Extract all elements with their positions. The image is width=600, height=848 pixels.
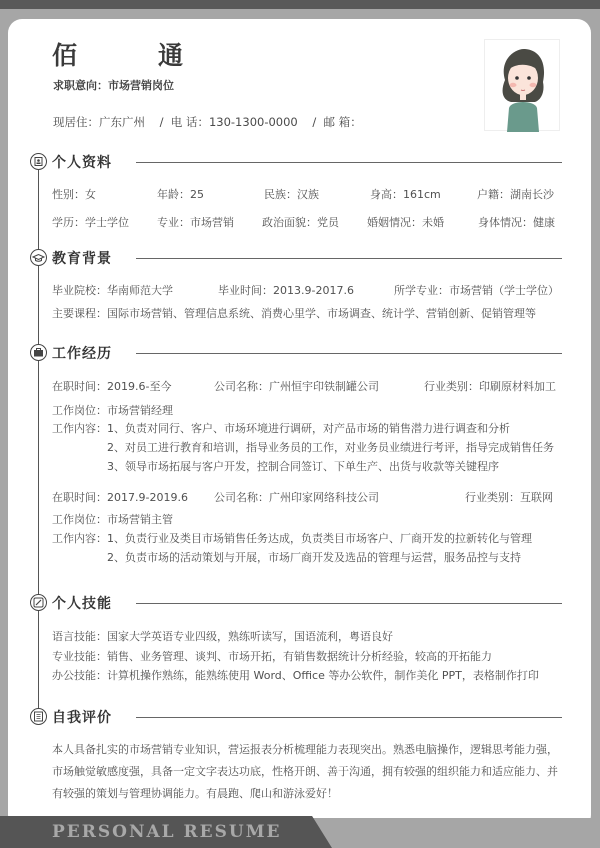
job1-time: 在职时间：2019.6-至今 [52,378,171,394]
job2-duty-1: 1、负责行业及类目市场销售任务达成，负责类目市场客户、厂商开发的拉新转化与管理 [107,530,532,546]
pencil-icon [30,594,47,611]
top-bar [0,0,600,9]
job2-time: 在职时间：2017.9-2019.6 [52,489,188,505]
section-profile-header: 个人资料 [30,152,562,172]
profile-hometown: 户籍：湖南长沙 [477,186,554,202]
divider [136,258,562,259]
contact-line: 现居住：广东广州 / 电 话：130-1300-0000 / 邮 箱： [53,114,362,130]
profile-ethnicity: 民族：汉族 [264,186,319,202]
section-title: 自我评价 [52,707,112,727]
profile-gender: 性别：女 [52,186,96,202]
edu-school: 毕业院校：华南师范大学 [52,282,173,298]
profile-health: 身体情况：健康 [478,214,555,230]
section-education-header: 教育背景 [30,248,562,268]
profile-marital: 婚姻情况：未婚 [367,214,444,230]
avatar [484,39,560,131]
section-title: 工作经历 [52,343,112,363]
job2-position: 工作岗位：市场营销主管 [52,511,173,527]
job2-company: 公司名称：广州印家网络科技公司 [214,489,379,505]
edu-major: 所学专业：市场营销（学士学位） [394,282,559,298]
job1-duty-3: 3、领导市场拓展与客户开发，控制合同签订、下单生产、出货与收款等关键程序 [107,458,499,474]
profile-degree: 学历：学士学位 [52,214,129,230]
profile-age: 年龄：25 [157,186,204,202]
section-self-eval-header: 自我评价 [30,707,562,727]
skill-professional: 专业技能：销售、业务管理、谈判、市场开拓，有销售数据统计分析经验，较高的开拓能力 [52,648,492,664]
edu-time: 毕业时间：2013.9-2017.6 [218,282,354,298]
job1-company: 公司名称：广州恒宇印铁制罐公司 [214,378,379,394]
self-eval-text: 本人具备扎实的市场营销专业知识，营运报表分析梳理能力表现突出。熟悉电脑操作，逻辑… [52,739,562,805]
candidate-name: 佰 通 [52,36,211,72]
divider [136,353,562,354]
person-icon [30,153,47,170]
section-title: 个人资料 [52,152,112,172]
divider [136,603,562,604]
divider [136,717,562,718]
avatar-illustration-icon [485,40,561,132]
section-skills-header: 个人技能 [30,593,562,613]
skill-language: 语言技能：国家大学英语专业四级，熟练听读写，国语流利，粤语良好 [52,628,393,644]
footer-title: PERSONAL RESUME [52,822,282,842]
job1-industry: 行业类别：印刷原材料加工 [424,378,556,394]
job1-position: 工作岗位：市场营销经理 [52,402,173,418]
profile-political: 政治面貌：党员 [262,214,339,230]
job2-industry: 行业类别：互联网 [465,489,553,505]
edu-courses: 主要课程：国际市场营销、管理信息系统、消费心里学、市场调查、统计学、营销创新、促… [52,305,536,321]
job2-duty-2: 2、负责市场的活动策划与开展，市场厂商开发及选品的管理与运营，服务品控与支持 [107,549,521,565]
divider [136,162,562,163]
graduation-cap-icon [30,249,47,266]
job1-duty-1: 1、负责对同行、客户、市场环境进行调研，对产品市场的销售潜力进行调查和分析 [107,420,510,436]
briefcase-icon [30,344,47,361]
profile-major: 专业：市场营销 [157,214,234,230]
section-title: 个人技能 [52,593,112,613]
document-icon [30,708,47,725]
section-work-header: 工作经历 [30,343,562,363]
job1-duty-2: 2、对员工进行教育和培训，指导业务员的工作，对业务员业绩进行考评，指导完成销售任… [107,439,554,455]
job1-content-label: 工作内容： [52,420,107,436]
profile-height: 身高：161cm [370,186,441,202]
job2-content-label: 工作内容： [52,530,107,546]
skill-office: 办公技能：计算机操作熟练，能熟练使用 Word、Office 等办公软件，制作美… [52,667,539,683]
job-intent: 求职意向：市场营销岗位 [53,77,174,93]
section-title: 教育背景 [52,248,112,268]
